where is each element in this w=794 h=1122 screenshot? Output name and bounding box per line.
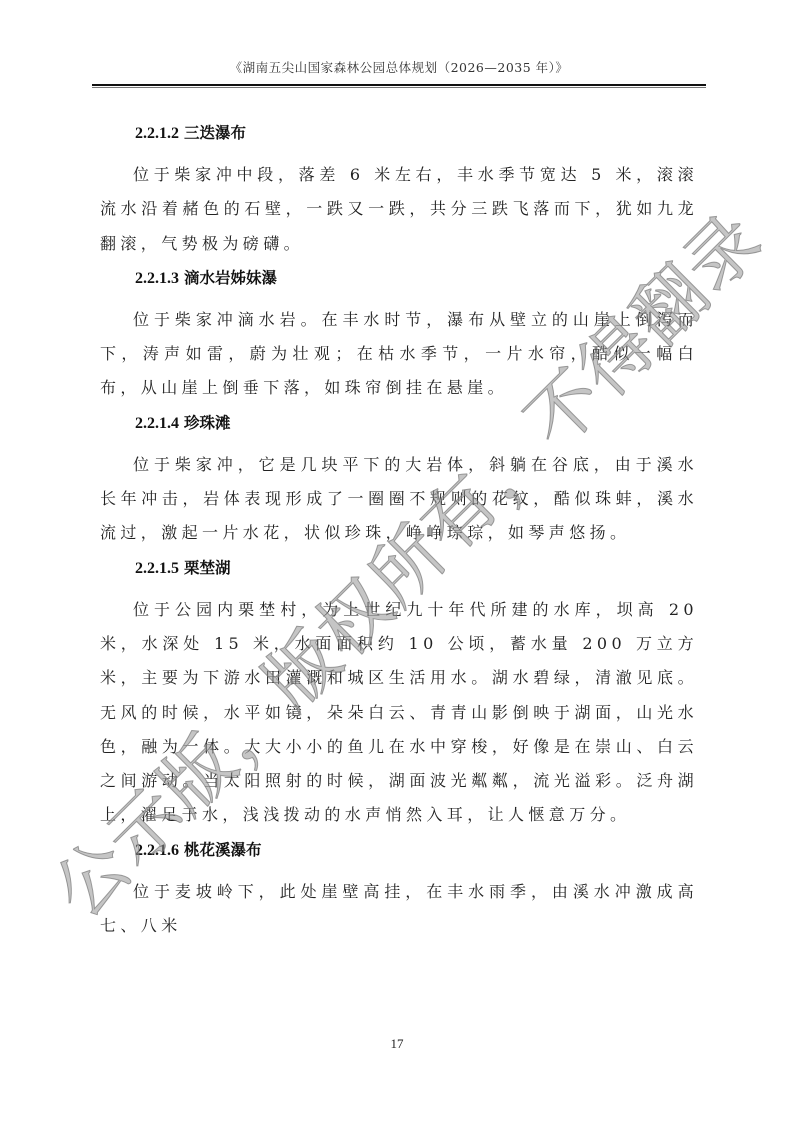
section-paragraph: 位于麦坡岭下，此处崖壁高挂，在丰水雨季，由溪水冲激成高七、八米 xyxy=(100,875,698,944)
header-divider xyxy=(92,84,706,88)
section-title: 珍珠滩 xyxy=(184,413,231,432)
section-2-2-1-5: 2.2.1.5栗埜湖 位于公园内栗埜村，为上世纪九十年代所建的水库，坝高 20 … xyxy=(100,555,698,833)
section-heading: 2.2.1.4珍珠滩 xyxy=(100,410,698,436)
section-paragraph: 位于柴家冲，它是几块平下的大岩体，斜躺在谷底，由于溪水长年冲击，岩体表现形成了一… xyxy=(100,448,698,551)
section-title: 桃花溪瀑布 xyxy=(184,840,262,859)
section-paragraph: 位于柴家冲中段，落差 6 米左右，丰水季节宽达 5 米，滚滚流水沿着赭色的石壁，… xyxy=(100,158,698,261)
section-heading: 2.2.1.3滴水岩姊妹瀑 xyxy=(100,265,698,291)
section-heading: 2.2.1.2三迭瀑布 xyxy=(100,120,698,146)
section-number: 2.2.1.2 xyxy=(135,125,179,142)
page-content: 2.2.1.2三迭瀑布 位于柴家冲中段，落差 6 米左右，丰水季节宽达 5 米，… xyxy=(100,120,698,947)
page-number: 17 xyxy=(0,1036,794,1052)
section-heading: 2.2.1.6桃花溪瀑布 xyxy=(100,837,698,863)
section-2-2-1-3: 2.2.1.3滴水岩姊妹瀑 位于柴家冲滴水岩。在丰水时节，瀑布从壁立的山崖上倒泻… xyxy=(100,265,698,406)
section-number: 2.2.1.3 xyxy=(135,270,179,287)
section-paragraph: 位于公园内栗埜村，为上世纪九十年代所建的水库，坝高 20 米，水深处 15 米，… xyxy=(100,593,698,833)
section-number: 2.2.1.4 xyxy=(135,415,179,432)
section-2-2-1-2: 2.2.1.2三迭瀑布 位于柴家冲中段，落差 6 米左右，丰水季节宽达 5 米，… xyxy=(100,120,698,261)
section-number: 2.2.1.6 xyxy=(135,842,179,859)
section-title: 栗埜湖 xyxy=(184,558,231,577)
section-number: 2.2.1.5 xyxy=(135,560,179,577)
running-header: 《湖南五尖山国家森林公园总体规划（2026—2035 年）》 xyxy=(92,58,706,76)
section-paragraph: 位于柴家冲滴水岩。在丰水时节，瀑布从壁立的山崖上倒泻而下，涛声如雷，蔚为壮观；在… xyxy=(100,303,698,406)
section-heading: 2.2.1.5栗埜湖 xyxy=(100,555,698,581)
section-title: 三迭瀑布 xyxy=(184,123,246,142)
section-title: 滴水岩姊妹瀑 xyxy=(184,268,277,287)
section-2-2-1-6: 2.2.1.6桃花溪瀑布 位于麦坡岭下，此处崖壁高挂，在丰水雨季，由溪水冲激成高… xyxy=(100,837,698,944)
section-2-2-1-4: 2.2.1.4珍珠滩 位于柴家冲，它是几块平下的大岩体，斜躺在谷底，由于溪水长年… xyxy=(100,410,698,551)
document-page: 《湖南五尖山国家森林公园总体规划（2026—2035 年）》 2.2.1.2三迭… xyxy=(0,0,794,1122)
